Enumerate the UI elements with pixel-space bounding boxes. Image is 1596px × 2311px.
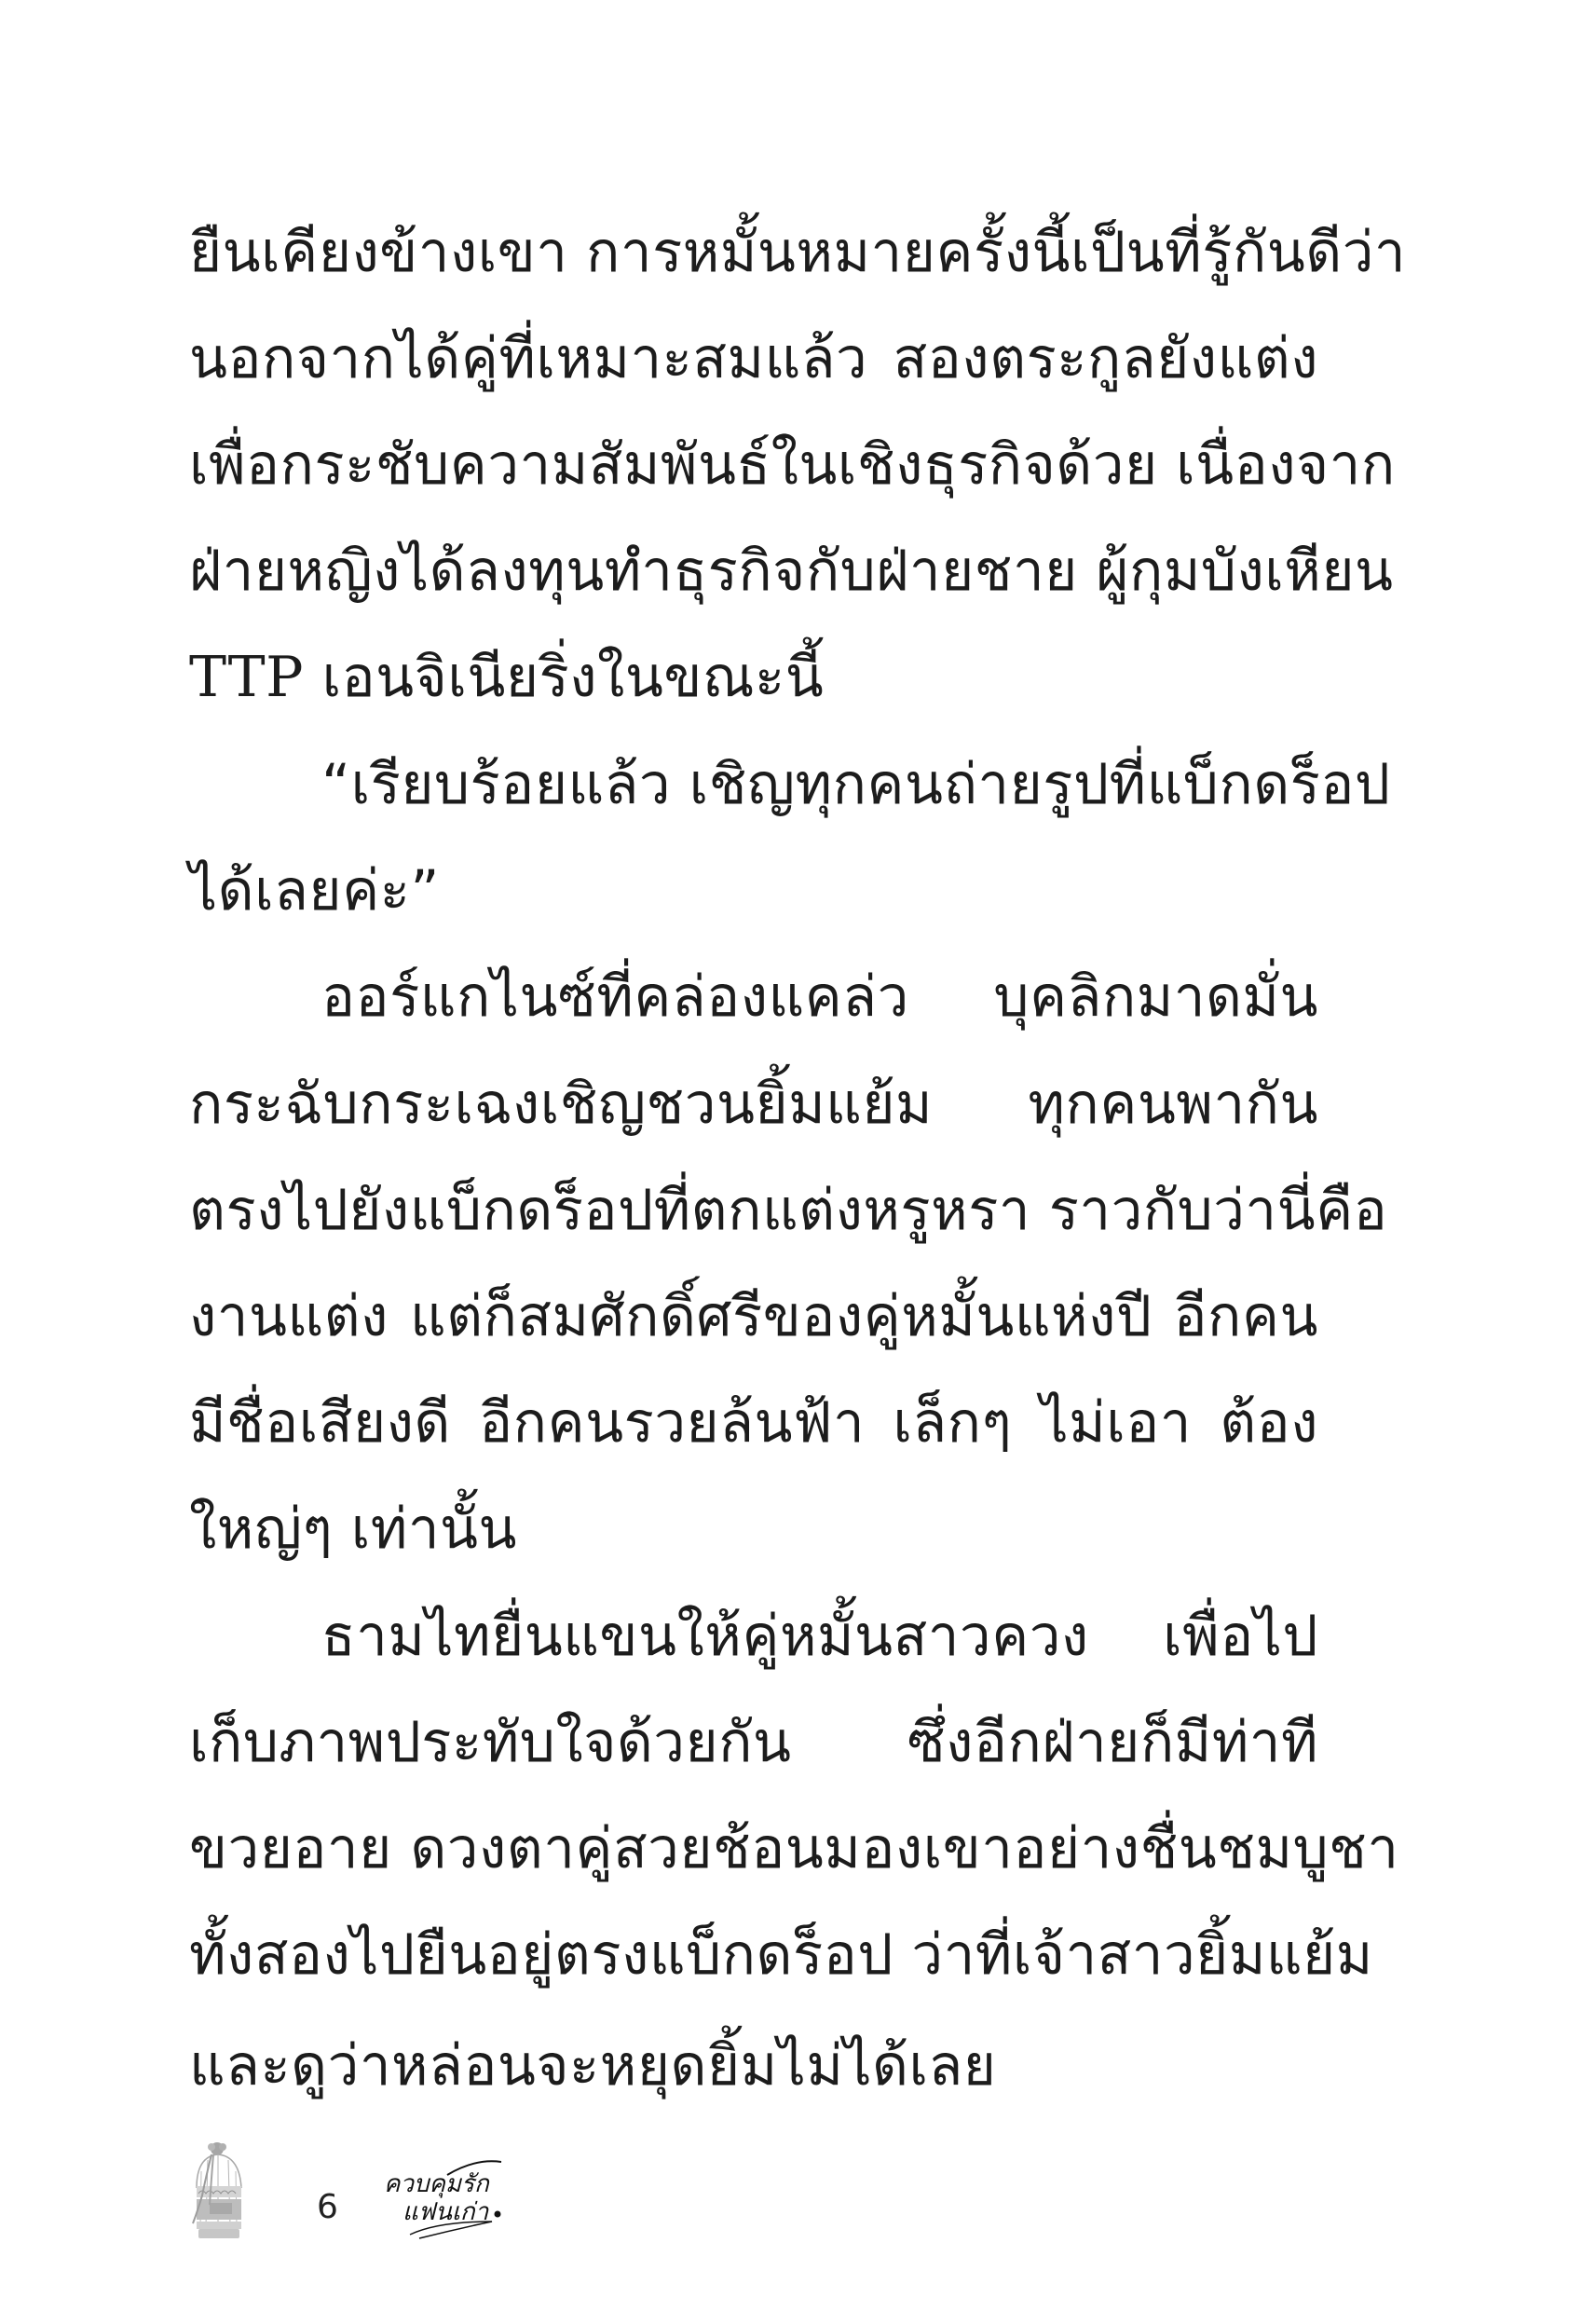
text-line: ได้เลยค่ะ”	[189, 838, 1318, 944]
text-line: งานแต่ง แต่ก็สมศักดิ์ศรีของคู่หมั้นแห่งป…	[189, 1264, 1318, 1370]
text-line: ใหญ่ๆ เท่านั้น	[189, 1476, 1318, 1582]
page-footer: 6 ควบคุมรัก แฟนเก่า	[0, 2134, 1596, 2264]
book-page: ยืนเคียงข้างเขา การหมั้นหมายครั้งนี้เป็น…	[0, 0, 1596, 2311]
birdcage-icon	[189, 2140, 247, 2244]
text-line: เก็บภาพประทับใจด้วยกัน ซึ่งอีกฝ่ายก็มีท่…	[189, 1689, 1318, 1796]
logo-line1: ควบคุมรัก	[384, 2170, 490, 2198]
paragraph-start-line: ออร์แกไนซ์ที่คล่องแคล่ว บุคลิกมาดมั่น	[321, 944, 1318, 1050]
book-title-logo: ควบคุมรัก แฟนเก่า	[382, 2154, 508, 2243]
text-line: ขวยอาย ดวงตาคู่สวยช้อนมองเขาอย่างชื่นชมบ…	[189, 1796, 1318, 1902]
text-line: ยืนเคียงข้างเขา การหมั้นหมายครั้งนี้เป็น…	[189, 199, 1318, 306]
text-line: มีชื่อเสียงดี อีกคนรวยล้นฟ้า เล็กๆ ไม่เอ…	[189, 1370, 1318, 1476]
text-line: ฝ่ายหญิงได้ลงทุนทำธุรกิจกับฝ่ายชาย ผู้กุ…	[189, 518, 1318, 624]
text-line: ตรงไปยังแบ็กดร็อปที่ตกแต่งหรูหรา ราวกับว…	[189, 1157, 1318, 1264]
text-line: TTP เอนจิเนียริ่งในขณะนี้	[189, 624, 1318, 731]
text-line: เพื่อกระชับความสัมพันธ์ในเชิงธุรกิจด้วย …	[189, 412, 1318, 518]
text-line: และดูว่าหล่อนจะหยุดยิ้มไม่ได้เลย	[189, 2013, 1318, 2119]
paragraph-start-line: ธามไทยื่นแขนให้คู่หมั้นสาวควง เพื่อไป	[321, 1583, 1318, 1689]
paragraph-start-line: “เรียบร้อยแล้ว เชิญทุกคนถ่ายรูปที่แบ็กดร…	[321, 732, 1318, 838]
text-line: ทั้งสองไปยืนอยู่ตรงแบ็กดร็อป ว่าที่เจ้าส…	[189, 1902, 1318, 2008]
company-abbreviation: TTP	[189, 645, 304, 710]
page-number: 6	[317, 2188, 338, 2226]
text-line: กระฉับกระเฉงเชิญชวนยิ้มแย้ม ทุกคนพากัน	[189, 1051, 1318, 1157]
text-line: นอกจากได้คู่ที่เหมาะสมแล้ว สองตระกูลยังแ…	[189, 306, 1318, 412]
text-fragment: เอนจิเนียริ่งในขณะนี้	[304, 645, 824, 710]
